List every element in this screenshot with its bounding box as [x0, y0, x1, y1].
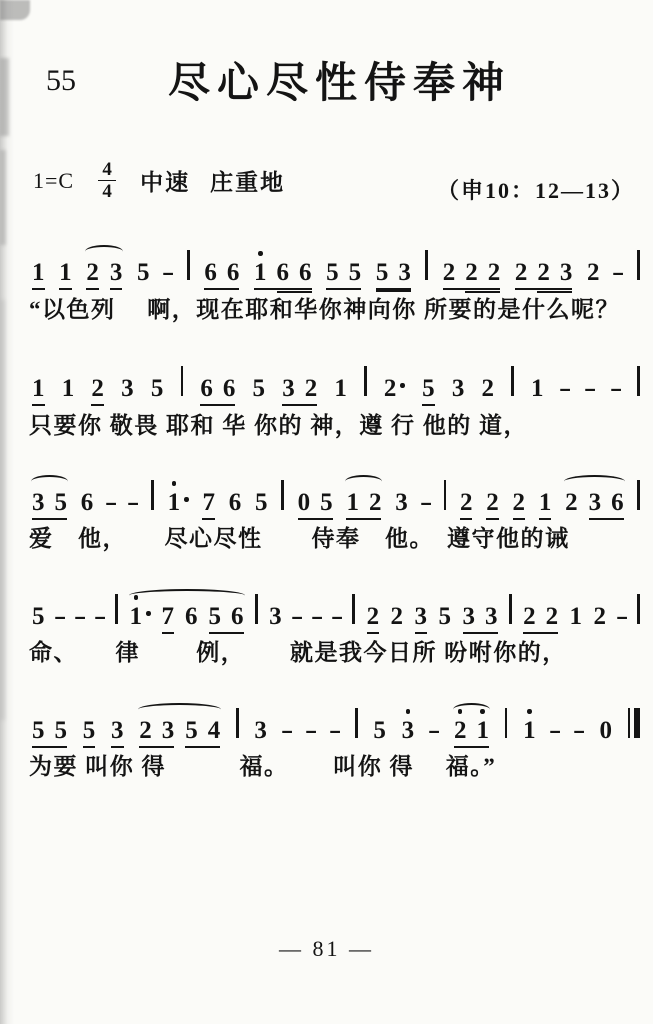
- duration-dash: -: [584, 376, 596, 401]
- note: 3: [395, 490, 408, 515]
- note: 7: [202, 490, 215, 520]
- note: 3: [452, 376, 465, 401]
- note: 1: [168, 490, 189, 515]
- slur-group: 2354: [139, 718, 220, 748]
- lyrics-line-4: 命、 律 例， 就是我今日所 吩咐你的，: [29, 639, 647, 667]
- barline: [187, 250, 190, 280]
- lyrics-line-5: 为要 叫你 得 福。 叫你 得 福。”: [29, 753, 647, 781]
- note-digit: 1: [476, 718, 489, 743]
- note-digit: 3: [589, 490, 602, 515]
- note: 6: [227, 260, 240, 285]
- note-digit: 3: [415, 604, 428, 629]
- note-digit: 1: [32, 260, 45, 285]
- note-digit: 2: [369, 490, 382, 515]
- note: 3: [121, 376, 134, 401]
- barline-thin: [628, 708, 631, 738]
- note: 0: [600, 718, 613, 743]
- note-digit: 5: [185, 718, 198, 743]
- note-digit: 5: [376, 260, 389, 285]
- note: 5: [55, 490, 68, 515]
- note-digit: 7: [202, 490, 215, 515]
- note: 5: [253, 376, 266, 401]
- note: 3: [269, 604, 282, 629]
- note: 5: [185, 718, 198, 743]
- time-signature-numerator: 4: [98, 160, 116, 180]
- note: 1: [539, 490, 552, 520]
- note-digit: 1: [523, 718, 536, 743]
- note: 5: [326, 260, 339, 285]
- note-digit: 6: [227, 260, 240, 285]
- note-digit: 5: [439, 604, 452, 629]
- beam-group: 223: [515, 260, 573, 290]
- note: 1: [531, 376, 544, 401]
- note: 2: [546, 604, 559, 629]
- duration-dash: -: [305, 718, 317, 743]
- note: 2: [594, 604, 607, 629]
- slur-group: 236: [565, 490, 624, 520]
- beam-group: 12: [346, 490, 381, 520]
- barline: [236, 708, 239, 738]
- note-digit: 1: [570, 604, 583, 629]
- note-digit: 2: [86, 260, 99, 285]
- note-digit: 5: [55, 718, 68, 743]
- note: 6: [611, 490, 624, 515]
- note: 2: [565, 490, 578, 515]
- note-digit: 3: [485, 604, 498, 629]
- tempo-marking: 中速: [140, 164, 190, 197]
- augmentation-dot: [146, 611, 151, 616]
- note-digit: 5: [32, 604, 45, 629]
- note: 1: [523, 718, 536, 743]
- note-digit: 5: [349, 260, 362, 285]
- beam-group: 35: [32, 490, 67, 520]
- note: 1: [334, 376, 347, 401]
- note-digit: 6: [277, 260, 290, 285]
- duration-dash: -: [281, 718, 293, 743]
- note-digit: 3: [398, 260, 411, 285]
- scan-shadow-patch: [0, 150, 6, 245]
- note-digit: 3: [121, 376, 134, 401]
- note-digit: 2: [565, 490, 578, 515]
- note: 1: [476, 718, 489, 743]
- note-digit: 3: [452, 376, 465, 401]
- note: 1: [32, 376, 45, 406]
- note: 3: [415, 604, 428, 634]
- note: 2: [86, 260, 99, 290]
- note-digit: 1: [346, 490, 359, 515]
- duration-dash: -: [428, 718, 440, 743]
- note-digit: 6: [185, 604, 198, 629]
- note: 1: [32, 260, 45, 290]
- note-digit: 6: [200, 376, 213, 401]
- note-digit: 5: [209, 604, 222, 629]
- note: 6: [277, 260, 290, 285]
- note: 3: [463, 604, 476, 629]
- note: 2: [486, 490, 499, 520]
- tempo-row: 1=C 4 4 中速 庄重地: [33, 160, 285, 202]
- beam-group: 66: [204, 260, 239, 290]
- note: 6: [299, 260, 312, 285]
- beam-group: 21: [454, 718, 489, 748]
- time-signature-denominator: 4: [98, 180, 116, 202]
- note-digit: 2: [460, 490, 473, 515]
- duration-dash: -: [329, 718, 341, 743]
- note-digit: 7: [162, 604, 175, 629]
- note: 6: [185, 604, 198, 629]
- note: 5: [320, 490, 333, 515]
- beam-group: 222: [443, 260, 501, 290]
- note: 2: [454, 718, 467, 743]
- barline: [355, 708, 358, 738]
- note: 1: [346, 490, 359, 515]
- barline: [637, 594, 640, 624]
- barline: [505, 708, 508, 738]
- slur-arc: [453, 703, 490, 716]
- note-digit: 2: [515, 260, 528, 285]
- note-digit: 6: [231, 604, 244, 629]
- note: 2: [369, 490, 382, 515]
- note: 6: [223, 376, 236, 401]
- duration-dash: -: [559, 376, 571, 401]
- note-digit: 5: [151, 376, 164, 401]
- slur-arc: [564, 475, 625, 488]
- note: 2: [515, 260, 528, 285]
- note: 3: [398, 260, 411, 285]
- music-line-1: 11235-6616655532222232-: [32, 250, 640, 290]
- note-digit: 1: [59, 260, 72, 285]
- note-digit: 3: [402, 718, 415, 743]
- note: 5: [32, 718, 45, 743]
- note: 1: [570, 604, 583, 629]
- beam-subgroup: 23: [537, 260, 572, 285]
- note-digit: 5: [253, 376, 266, 401]
- octave-dot: [406, 709, 411, 714]
- note-digit: 5: [55, 490, 68, 515]
- note-digit: 2: [454, 718, 467, 743]
- beam-group: 56: [209, 604, 244, 634]
- note-digit: 2: [384, 376, 397, 401]
- note-digit: 5: [255, 490, 268, 515]
- note: 3: [282, 376, 295, 401]
- beam-group: 55: [32, 718, 67, 748]
- slur-group: 21: [454, 718, 489, 748]
- note: 5: [373, 718, 386, 743]
- note-digit: 2: [443, 260, 456, 285]
- beam-group: 54: [185, 718, 220, 748]
- music-line-5: 555323543---53-211--0: [32, 708, 640, 748]
- scan-shadow-patch: [0, 300, 5, 720]
- final-barline: [628, 708, 640, 738]
- note: 4: [208, 718, 221, 743]
- note-digit: 1: [254, 260, 267, 285]
- note-digit: 2: [523, 604, 536, 629]
- slur-arc: [138, 703, 221, 716]
- note-digit: 5: [422, 376, 435, 401]
- duration-dash: -: [612, 260, 624, 285]
- note: 2: [384, 376, 405, 401]
- note-digit: 2: [139, 718, 152, 743]
- beam-group: 66: [200, 376, 235, 406]
- note: 2: [488, 260, 501, 285]
- note: 2: [460, 490, 473, 520]
- note-digit: 5: [326, 260, 339, 285]
- note: 5: [137, 260, 150, 285]
- augmentation-dot: [400, 383, 405, 388]
- augmentation-dot: [184, 497, 189, 502]
- note: 5: [151, 376, 164, 401]
- barline: [509, 594, 512, 624]
- note-digit: 2: [488, 260, 501, 285]
- note-digit: 5: [32, 718, 45, 743]
- note: 1: [130, 604, 151, 629]
- note-digit: 3: [560, 260, 573, 285]
- note: 3: [589, 490, 602, 515]
- note-digit: 3: [162, 718, 175, 743]
- note: 5: [209, 604, 222, 629]
- beam-group: 22: [523, 604, 558, 634]
- note-digit: 1: [334, 376, 347, 401]
- note-digit: 1: [531, 376, 544, 401]
- duration-dash: -: [331, 604, 343, 629]
- note-digit: 4: [208, 718, 221, 743]
- beam-group: 166: [254, 260, 312, 290]
- note-digit: 3: [269, 604, 282, 629]
- note: 3: [111, 718, 124, 748]
- beam-group: 53: [376, 260, 411, 290]
- note-digit: 3: [32, 490, 45, 515]
- note-digit: 3: [254, 718, 267, 743]
- note: 1: [59, 260, 72, 290]
- beam-group: 55: [326, 260, 361, 290]
- note-digit: 6: [611, 490, 624, 515]
- note-digit: 2: [513, 490, 526, 515]
- beam-group: 05: [298, 490, 333, 520]
- note-digit: 6: [204, 260, 217, 285]
- barline: [115, 594, 118, 624]
- note-digit: 6: [81, 490, 94, 515]
- music-line-3: 356--176505123-2221236: [32, 480, 640, 520]
- note: 2: [587, 260, 600, 285]
- note-digit: 5: [83, 718, 96, 743]
- note: 1: [254, 260, 267, 285]
- slur-group: 17656: [130, 604, 244, 634]
- note: 3: [32, 490, 45, 515]
- note-digit: 2: [486, 490, 499, 515]
- note: 2: [305, 376, 318, 401]
- note: 2: [91, 376, 104, 406]
- note-digit: 6: [229, 490, 242, 515]
- note: 3: [485, 604, 498, 629]
- duration-dash: -: [419, 490, 431, 515]
- note-digit: 5: [373, 718, 386, 743]
- note-digit: 5: [320, 490, 333, 515]
- note-digit: 6: [299, 260, 312, 285]
- note: 3: [560, 260, 573, 285]
- barline: [637, 250, 640, 280]
- scan-shadow-corner: [0, 0, 30, 20]
- slur-arc: [345, 475, 382, 488]
- page-number: — 81 —: [0, 936, 653, 962]
- note: 0: [298, 490, 311, 515]
- barline: [181, 366, 184, 396]
- note: 2: [443, 260, 456, 285]
- beam-subgroup: 22: [465, 260, 500, 285]
- note: 5: [32, 604, 45, 629]
- slur-group: 35: [32, 490, 67, 520]
- note: 6: [204, 260, 217, 285]
- note-digit: 3: [395, 490, 408, 515]
- note: 5: [349, 260, 362, 285]
- slur-arc: [85, 245, 123, 258]
- slur-arc: [129, 589, 245, 602]
- note: 3: [254, 718, 267, 743]
- lyrics-line-1: “以色列 啊，现在耶和华你神向你 所要的是什么呢？: [29, 296, 647, 324]
- note-digit: 1: [130, 604, 143, 629]
- note: 5: [422, 376, 435, 406]
- barline: [444, 480, 447, 510]
- note-digit: 0: [600, 718, 613, 743]
- beam-group: 32: [282, 376, 317, 406]
- duration-dash: -: [549, 718, 561, 743]
- lyrics-line-2: 只要你 敬畏 耶和 华 你的 神，遵 行 他的 道，: [29, 412, 647, 440]
- note: 5: [376, 260, 389, 285]
- hymn-title: 尽心尽性侍奉神: [0, 50, 653, 110]
- barline: [255, 594, 258, 624]
- note-digit: 2: [367, 604, 380, 629]
- note: 5: [255, 490, 268, 515]
- duration-dash: -: [105, 490, 117, 515]
- note-digit: 2: [482, 376, 495, 401]
- barline-thick: [634, 708, 640, 738]
- note-digit: 2: [537, 260, 550, 285]
- note: 6: [81, 490, 94, 515]
- octave-dot: [172, 481, 177, 486]
- expression-marking: 庄重地: [210, 164, 285, 197]
- note-digit: 3: [463, 604, 476, 629]
- duration-dash: -: [127, 490, 139, 515]
- music-line-4: 5---176563---2235332212-: [32, 594, 640, 634]
- note-digit: 5: [137, 260, 150, 285]
- note: 6: [229, 490, 242, 515]
- note-digit: 2: [391, 604, 404, 629]
- note: 3: [402, 718, 415, 743]
- duration-dash: -: [94, 604, 106, 629]
- note: 3: [162, 718, 175, 743]
- beam-subgroup: 66: [277, 260, 312, 285]
- note-digit: 2: [546, 604, 559, 629]
- duration-dash: -: [74, 604, 86, 629]
- note-digit: 1: [539, 490, 552, 515]
- music-line-2: 1123566532125321---: [32, 366, 640, 406]
- duration-dash: -: [610, 376, 622, 401]
- note: 6: [200, 376, 213, 401]
- note: 2: [482, 376, 495, 401]
- note: 5: [55, 718, 68, 743]
- key-signature: 1=C: [33, 168, 74, 194]
- note-digit: 3: [110, 260, 123, 285]
- scripture-reference: （申10：12—13）: [437, 174, 635, 205]
- duration-dash: -: [615, 604, 627, 629]
- note-digit: 3: [111, 718, 124, 743]
- note: 3: [110, 260, 123, 290]
- note: 2: [537, 260, 550, 285]
- note-digit: 1: [168, 490, 181, 515]
- beam-group: 33: [463, 604, 498, 634]
- slur-arc: [31, 475, 68, 488]
- duration-dash: -: [573, 718, 585, 743]
- note: 2: [391, 604, 404, 629]
- octave-dot: [258, 251, 263, 256]
- barline: [637, 480, 640, 510]
- note: 5: [83, 718, 96, 748]
- duration-dash: -: [162, 260, 174, 285]
- note-digit: 1: [62, 376, 75, 401]
- beam-group: 23: [139, 718, 174, 748]
- note-digit: 2: [587, 260, 600, 285]
- duration-dash: -: [291, 604, 303, 629]
- note-digit: 1: [32, 376, 45, 401]
- note: 7: [162, 604, 175, 634]
- barline: [352, 594, 355, 624]
- note: 2: [523, 604, 536, 629]
- note: 2: [139, 718, 152, 743]
- slur-group: 23: [86, 260, 122, 290]
- lyrics-line-3: 爱 他， 尽心尽性 侍奉 他。 遵守他的诫: [29, 525, 647, 553]
- hymn-sheet-page: 55 尽心尽性侍奉神 1=C 4 4 中速 庄重地 （申10：12—13） 11…: [0, 0, 653, 1024]
- note-digit: 2: [91, 376, 104, 401]
- note-digit: 2: [305, 376, 318, 401]
- barline: [511, 366, 514, 396]
- beam-group: 36: [589, 490, 624, 520]
- barline: [281, 480, 284, 510]
- note-digit: 0: [298, 490, 311, 515]
- note: 5: [439, 604, 452, 629]
- duration-dash: -: [54, 604, 66, 629]
- barline: [425, 250, 428, 280]
- note: 1: [62, 376, 75, 401]
- note: 2: [465, 260, 478, 285]
- note-digit: 2: [465, 260, 478, 285]
- time-signature: 4 4: [94, 160, 120, 202]
- note-digit: 2: [594, 604, 607, 629]
- octave-dot: [527, 709, 532, 714]
- barline: [364, 366, 367, 396]
- note: 2: [367, 604, 380, 634]
- barline: [637, 366, 640, 396]
- note-digit: 6: [223, 376, 236, 401]
- duration-dash: -: [311, 604, 323, 629]
- barline: [151, 480, 154, 510]
- note-digit: 3: [282, 376, 295, 401]
- slur-group: 12: [346, 490, 381, 520]
- note: 2: [513, 490, 526, 520]
- note: 6: [231, 604, 244, 629]
